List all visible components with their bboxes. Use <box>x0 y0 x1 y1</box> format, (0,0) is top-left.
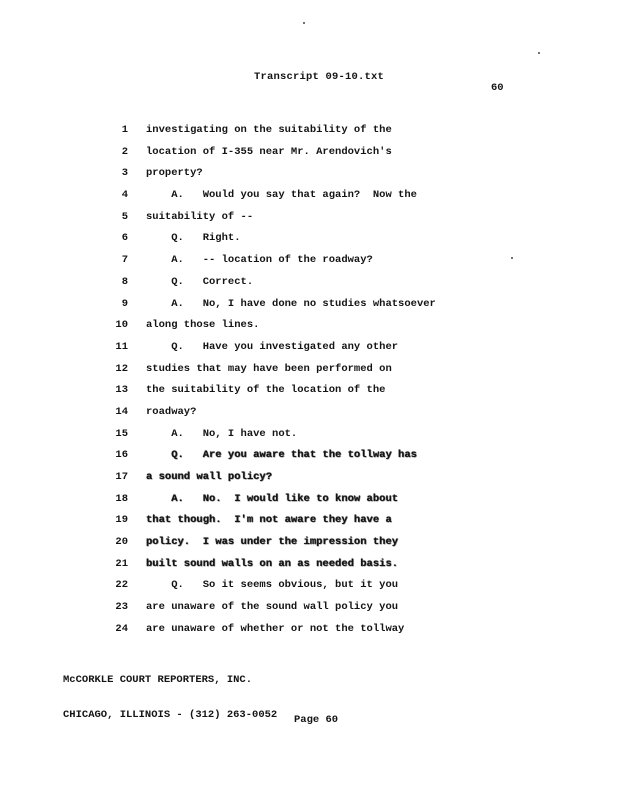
transcript-line: 7 A. -- location of the roadway? <box>0 250 619 272</box>
transcript-line: 1investigating on the suitability of the <box>0 120 619 142</box>
line-text: A. No, I have not. <box>146 424 297 446</box>
line-number: 5 <box>0 207 128 229</box>
line-number: 20 <box>0 532 128 554</box>
transcript-line: 5suitability of -- <box>0 207 619 229</box>
line-number: 13 <box>0 380 128 402</box>
transcript-line: 18 A. No. I would like to know about <box>0 489 619 511</box>
transcript-line: 22 Q. So it seems obvious, but it you <box>0 575 619 597</box>
line-number: 1 <box>0 120 128 142</box>
document-title: Transcript 09-10.txt <box>254 71 384 83</box>
line-number: 3 <box>0 163 128 185</box>
line-number: 19 <box>0 510 128 532</box>
corner-page-number: 60 <box>491 82 504 94</box>
line-text: studies that may have been performed on <box>146 359 392 381</box>
line-text: along those lines. <box>146 315 259 337</box>
line-number: 14 <box>0 402 128 424</box>
transcript-line: 3property? <box>0 163 619 185</box>
transcript-page: Transcript 09-10.txt 60 1investigating o… <box>0 0 619 800</box>
line-number: 18 <box>0 489 128 511</box>
line-text: built sound walls on an as needed basis. <box>146 554 398 576</box>
transcript-line: 10along those lines. <box>0 315 619 337</box>
line-text: A. No. I would like to know about <box>146 489 398 511</box>
transcript-line: 20policy. I was under the impression the… <box>0 532 619 554</box>
reporter-address: CHICAGO, ILLINOIS - (312) 263-0052 <box>63 710 277 722</box>
transcript-line: 9 A. No, I have done no studies whatsoev… <box>0 294 619 316</box>
line-text: suitability of -- <box>146 207 253 229</box>
line-text: location of I-355 near Mr. Arendovich's <box>146 142 392 164</box>
line-text: a sound wall policy? <box>146 467 272 489</box>
page-label: Page 60 <box>294 714 338 726</box>
transcript-line: 24are unaware of whether or not the toll… <box>0 619 619 641</box>
line-number: 11 <box>0 337 128 359</box>
transcript-line: 6 Q. Right. <box>0 228 619 250</box>
line-number: 17 <box>0 467 128 489</box>
transcript-line: 19that though. I'm not aware they have a <box>0 510 619 532</box>
line-text: Q. So it seems obvious, but it you <box>146 575 398 597</box>
line-number: 12 <box>0 359 128 381</box>
line-text: are unaware of the sound wall policy you <box>146 597 398 619</box>
transcript-line: 21built sound walls on an as needed basi… <box>0 554 619 576</box>
transcript-line: 16 Q. Are you aware that the tollway has <box>0 445 619 467</box>
line-text: Q. Have you investigated any other <box>146 337 398 359</box>
line-text: property? <box>146 163 203 185</box>
transcript-line: 15 A. No, I have not. <box>0 424 619 446</box>
line-number: 6 <box>0 228 128 250</box>
line-number: 23 <box>0 597 128 619</box>
line-text: A. -- location of the roadway? <box>146 250 373 272</box>
scan-speckle <box>538 52 540 54</box>
line-text: policy. I was under the impression they <box>146 532 398 554</box>
line-number: 9 <box>0 294 128 316</box>
line-number: 15 <box>0 424 128 446</box>
line-number: 22 <box>0 575 128 597</box>
transcript-line: 4 A. Would you say that again? Now the <box>0 185 619 207</box>
transcript-line: 13the suitability of the location of the <box>0 380 619 402</box>
line-number: 21 <box>0 554 128 576</box>
reporter-name: McCORKLE COURT REPORTERS, INC. <box>63 675 277 687</box>
line-text: investigating on the suitability of the <box>146 120 392 142</box>
line-number: 16 <box>0 445 128 467</box>
transcript-line: 12studies that may have been performed o… <box>0 359 619 381</box>
transcript-line: 2location of I-355 near Mr. Arendovich's <box>0 142 619 164</box>
line-text: A. Would you say that again? Now the <box>146 185 417 207</box>
line-text: Q. Right. <box>146 228 241 250</box>
line-text: Q. Correct. <box>146 272 253 294</box>
line-text: the suitability of the location of the <box>146 380 385 402</box>
scan-speckle <box>303 22 305 24</box>
line-number: 24 <box>0 619 128 641</box>
transcript-line: 11 Q. Have you investigated any other <box>0 337 619 359</box>
court-reporter-footer: McCORKLE COURT REPORTERS, INC. CHICAGO, … <box>63 652 277 744</box>
transcript-line: 23are unaware of the sound wall policy y… <box>0 597 619 619</box>
line-text: roadway? <box>146 402 196 424</box>
line-text: that though. I'm not aware they have a <box>146 510 392 532</box>
line-number: 8 <box>0 272 128 294</box>
transcript-line: 8 Q. Correct. <box>0 272 619 294</box>
line-number: 10 <box>0 315 128 337</box>
line-number: 2 <box>0 142 128 164</box>
line-text: Q. Are you aware that the tollway has <box>146 445 417 467</box>
line-number: 7 <box>0 250 128 272</box>
line-text: are unaware of whether or not the tollwa… <box>146 619 404 641</box>
transcript-line: 17a sound wall policy? <box>0 467 619 489</box>
transcript-body: 1investigating on the suitability of the… <box>0 120 619 641</box>
line-number: 4 <box>0 185 128 207</box>
transcript-line: 14roadway? <box>0 402 619 424</box>
line-text: A. No, I have done no studies whatsoever <box>146 294 436 316</box>
